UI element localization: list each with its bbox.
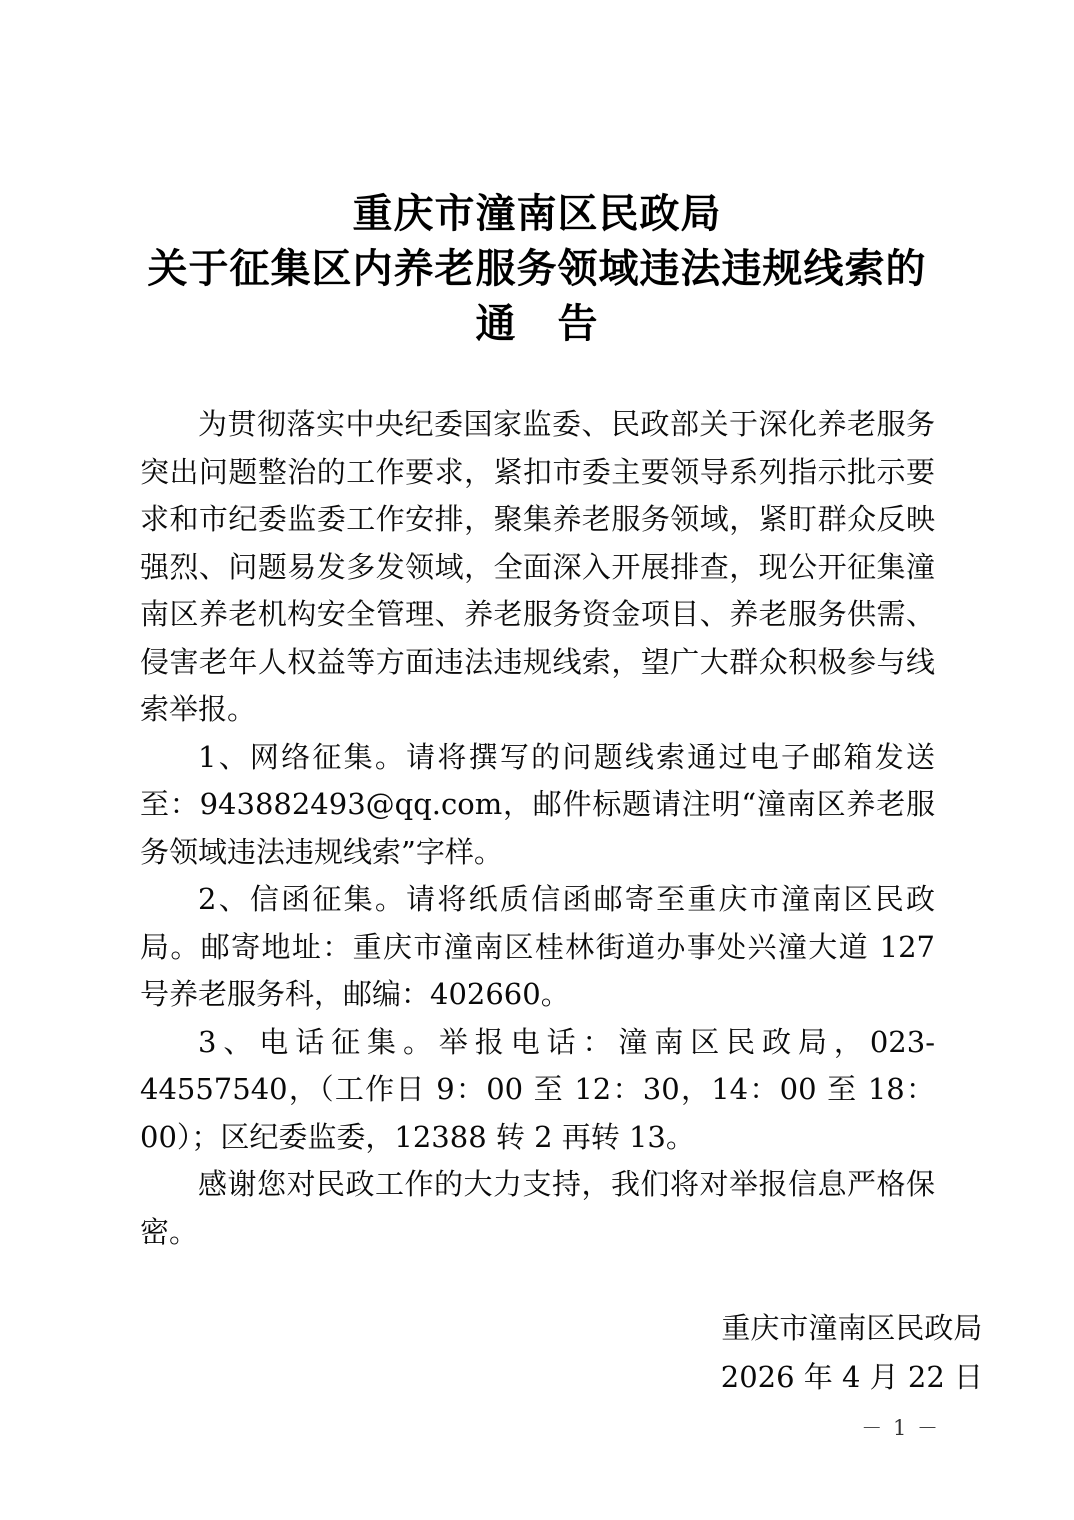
title-line-1: 重庆市潼南区民政局 (0, 186, 1074, 241)
signature-agency: 重庆市潼南区民政局 (721, 1304, 983, 1353)
body-paragraph-phone-collection: 3、电话征集。举报电话：潼南区民政局，023-44557540，（工作日 9：0… (140, 1019, 935, 1162)
body-paragraph-closing: 感谢您对民政工作的大力支持，我们将对举报信息严格保密。 (140, 1161, 935, 1256)
page-number: － 1 － (861, 1412, 940, 1442)
document-body: 为贯彻落实中央纪委国家监委、民政部关于深化养老服务突出问题整治的工作要求，紧扣市… (140, 401, 935, 1256)
signature-date: 2026 年 4 月 22 日 (721, 1353, 983, 1402)
document-title: 重庆市潼南区民政局 关于征集区内养老服务领域违法违规线索的 通 告 (0, 186, 1074, 351)
title-line-2: 关于征集区内养老服务领域违法违规线索的 (0, 241, 1074, 296)
document-page: 重庆市潼南区民政局 关于征集区内养老服务领域违法违规线索的 通 告 为贯彻落实中… (0, 0, 1074, 1520)
signature-block: 重庆市潼南区民政局 2026 年 4 月 22 日 (721, 1304, 983, 1402)
body-paragraph-mail-collection: 2、信函征集。请将纸质信函邮寄至重庆市潼南区民政局。邮寄地址：重庆市潼南区桂林街… (140, 876, 935, 1019)
body-paragraph-intro: 为贯彻落实中央纪委国家监委、民政部关于深化养老服务突出问题整治的工作要求，紧扣市… (140, 401, 935, 734)
body-paragraph-online-collection: 1、网络征集。请将撰写的问题线索通过电子邮箱发送至：943882493@qq.c… (140, 734, 935, 877)
title-line-3: 通 告 (0, 296, 1074, 351)
